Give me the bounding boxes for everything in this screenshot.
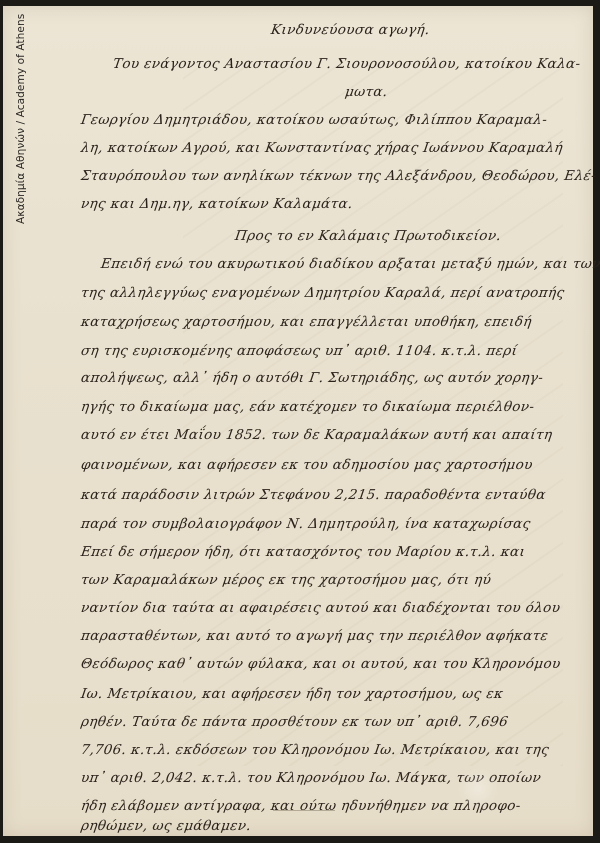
text-line: Σταυρόπουλου των ανηλίκων τέκνων της Αλε…: [80, 168, 597, 184]
text-line: 7,706. κ.τ.λ. εκδόσεων του Κληρονόμου Ιω…: [80, 742, 550, 758]
text-line: της αλληλεγγύως εναγομένων Δημητρίου Καρ…: [80, 285, 566, 301]
text-line: λη, κατοίκων Αγρού, και Κωνσταντίνας χήρ…: [80, 140, 564, 156]
text-line: ήδη ελάβομεν αντίγραφα, και ούτω ηδυνήθη…: [80, 798, 522, 814]
text-line: των Καραμαλάκων μέρος εκ της χαρτοσήμου …: [80, 572, 493, 588]
text-line: κατά παράδοσιν λιτρών Στεφάνου 2,215. πα…: [80, 487, 547, 503]
text-line: μωτα.: [344, 84, 389, 100]
text-line: Επεί δε σήμερον ήδη, ότι κατασχόντος του…: [80, 544, 527, 560]
manuscript-page: Ακαδημία Αθηνών / Academy of Athens Κινδ…: [3, 6, 593, 836]
text-line: φαινομένων, και αφήρεσεν εκ του αδημοσίο…: [80, 457, 534, 473]
text-line: Θεόδωρος καθ᾽ αυτών φύλακα, και οι αυτού…: [80, 656, 562, 672]
closing-rule: [273, 810, 335, 811]
text-line: παρά τον συμβολαιογράφον Ν. Δημητρούλη, …: [80, 516, 532, 532]
text-line: ηγής το δικαίωμα μας, εάν κατέχομεν το δ…: [80, 399, 536, 415]
text-line: αυτό εν έτει Μαΐου 1852. των δε Καραμαλά…: [80, 427, 554, 443]
text-line: Ιω. Μετρίκαιου, και αφήρεσεν ήδη τον χαρ…: [80, 686, 505, 702]
text-line: νης και Δημ.ηγ, κατοίκων Καλαμάτα.: [80, 196, 354, 212]
text-line: Επειδή ενώ του ακυρωτικού διαδίκου αρξατ…: [100, 256, 600, 272]
text-line: ση της ευρισκομένης αποφάσεως υπ᾽ αριθ. …: [80, 343, 519, 359]
text-line: ρηθώμεν, ως εμάθαμεν.: [80, 818, 252, 834]
section-heading: Προς το εν Καλάμαις Πρωτοδικείον.: [234, 228, 502, 244]
text-line: Γεωργίου Δημητριάδου, κατοίκου ωσαύτως, …: [80, 112, 548, 128]
archive-watermark: Ακαδημία Αθηνών / Academy of Athens: [15, 14, 27, 224]
text-line: καταχρήσεως χαρτοσήμου, και επαγγέλλεται…: [80, 314, 533, 330]
document-title: Κινδυνεύουσα αγωγή.: [270, 22, 431, 38]
text-line: ναντίον δια ταύτα αι αφαιρέσεις αυτού κα…: [80, 600, 562, 616]
embossed-stamp: [458, 766, 498, 811]
text-line: απολήψεως, αλλ᾽ ήδη ο αυτόθι Γ. Σωτηριάδ…: [80, 370, 545, 386]
text-line: Του ενάγοντος Αναστασίου Γ. Σιουρονοσούλ…: [112, 56, 582, 72]
text-line: ρηθέν. Ταύτα δε πάντα προσθέτουν εκ των …: [80, 714, 509, 730]
text-line: παρασταθέντων, και αυτό το αγωγή μας την…: [80, 628, 549, 644]
